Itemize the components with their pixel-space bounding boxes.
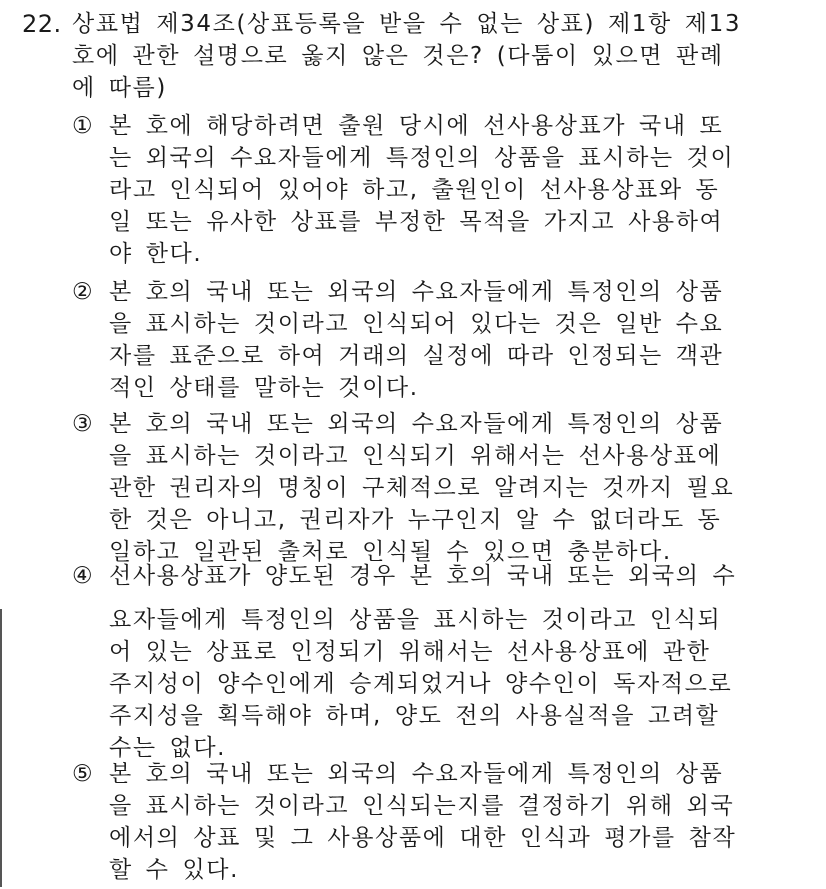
option-line: 주지성을 획득해야 하며, 양도 전의 사용실적을 고려할 <box>109 700 769 732</box>
option-line: 에서의 상표 및 그 사용상품에 대한 인식과 평가를 참작 <box>109 822 769 854</box>
exam-page: 22. 상표법 제34조(상표등록을 받을 수 없는 상표) 제1항 제13 호… <box>0 0 826 889</box>
option-line: 일 또는 유사한 상표를 부정한 목적을 가지고 사용하여 <box>109 206 769 238</box>
option-marker-4[interactable]: ④ <box>72 560 104 592</box>
option-line: 한 것은 아니고, 권리자가 누구인지 알 수 없더라도 동 <box>109 504 769 536</box>
option-line: 본 호의 국내 또는 외국의 수요자들에게 특정인의 상품 <box>109 276 769 308</box>
option-4-text: 선사용상표가 양도된 경우 본 호의 국내 또는 외국의 수 요자들에게 특정인… <box>109 560 769 764</box>
question-stem-line: 에 따름) <box>72 72 792 104</box>
option-marker-3[interactable]: ③ <box>72 408 104 440</box>
option-5-text: 본 호의 국내 또는 외국의 수요자들에게 특정인의 상품 을 표시하는 것이라… <box>109 758 769 886</box>
option-line: 요자들에게 특정인의 상품을 표시하는 것이라고 인식되 <box>109 604 769 636</box>
option-marker-2[interactable]: ② <box>72 276 104 308</box>
option-line: 자를 표준으로 하여 거래의 실정에 따라 인정되는 객관 <box>109 340 769 372</box>
question-stem-line: 호에 관한 설명으로 옳지 않은 것은? (다툼이 있으면 판례 <box>72 40 792 72</box>
option-3-text: 본 호의 국내 또는 외국의 수요자들에게 특정인의 상품 을 표시하는 것이라… <box>109 408 769 568</box>
option-line: 을 표시하는 것이라고 인식되는지를 결정하기 위해 외국 <box>109 790 769 822</box>
option-line: 선사용상표가 양도된 경우 본 호의 국내 또는 외국의 수 <box>109 560 769 592</box>
option-line: 을 표시하는 것이라고 인식되기 위해서는 선사용상표에 <box>109 440 769 472</box>
option-line: 관한 권리자의 명칭이 구체적으로 알려지는 것까지 필요 <box>109 472 769 504</box>
option-line: 라고 인식되어 있어야 하고, 출원인이 선사용상표와 동 <box>109 174 769 206</box>
option-line: 적인 상태를 말하는 것이다. <box>109 372 769 404</box>
question-stem: 상표법 제34조(상표등록을 받을 수 없는 상표) 제1항 제13 호에 관한… <box>72 8 792 104</box>
option-line: 을 표시하는 것이라고 인식되어 있다는 것은 일반 수요 <box>109 308 769 340</box>
option-line: 야 한다. <box>109 238 769 270</box>
option-line: 할 수 있다. <box>109 854 769 886</box>
option-marker-5[interactable]: ⑤ <box>72 758 104 790</box>
option-line: 본 호의 국내 또는 외국의 수요자들에게 특정인의 상품 <box>109 408 769 440</box>
option-marker-1[interactable]: ① <box>72 110 104 142</box>
option-line: 어 있는 상표로 인정되기 위해서는 선사용상표에 관한 <box>109 636 769 668</box>
question-stem-line: 상표법 제34조(상표등록을 받을 수 없는 상표) 제1항 제13 <box>72 8 792 40</box>
option-line: 본 호에 해당하려면 출원 당시에 선사용상표가 국내 또 <box>109 110 769 142</box>
option-line: 본 호의 국내 또는 외국의 수요자들에게 특정인의 상품 <box>109 758 769 790</box>
option-line: 는 외국의 수요자들에게 특정인의 상품을 표시하는 것이 <box>109 142 769 174</box>
option-2-text: 본 호의 국내 또는 외국의 수요자들에게 특정인의 상품 을 표시하는 것이라… <box>109 276 769 404</box>
option-1-text: 본 호에 해당하려면 출원 당시에 선사용상표가 국내 또 는 외국의 수요자들… <box>109 110 769 270</box>
question-number: 22. <box>22 8 62 40</box>
option-line: 주지성이 양수인에게 승계되었거나 양수인이 독자적으로 <box>109 668 769 700</box>
left-margin-rule <box>0 609 2 887</box>
